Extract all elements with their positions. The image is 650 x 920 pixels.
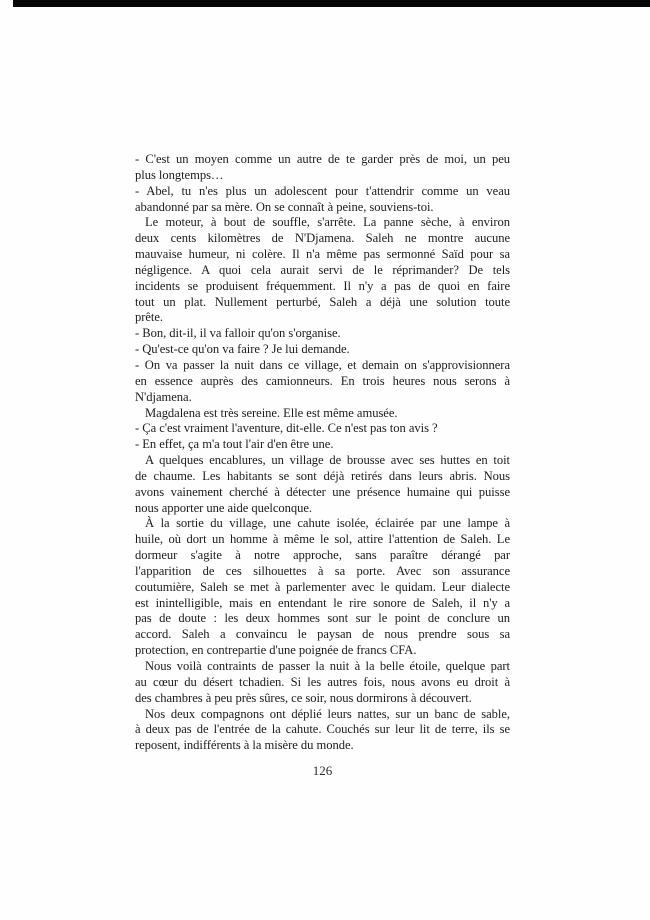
text-line: au cœur du désert tchadien. Si les autre…: [135, 675, 510, 691]
text-line: - Qu'est-ce qu'on va faire ? Je lui dema…: [135, 342, 510, 358]
paragraph: A quelques encablures, un village de bro…: [135, 453, 510, 516]
text-line: deux cents kilomètres de N'Djamena. Sale…: [135, 231, 510, 247]
paragraph: À la sortie du village, une cahute isolé…: [135, 516, 510, 659]
text-line: - Bon, dit-il, il va falloir qu'on s'org…: [135, 326, 510, 342]
text-line: de chaume. Les habitants se sont déjà re…: [135, 469, 510, 485]
text-line: tout un plat. Nullement perturbé, Saleh …: [135, 295, 510, 311]
text-line: en essence auprès des camionneurs. En tr…: [135, 374, 510, 390]
text-line: - Abel, tu n'es plus un adolescent pour …: [135, 184, 510, 200]
text-line: huile, où dort un homme à même le sol, a…: [135, 532, 510, 548]
text-line: N'djamena.: [135, 390, 510, 406]
text-line: accord. Saleh a convaincu le paysan de n…: [135, 627, 510, 643]
text-line: - Ça c'est vraiment l'aventure, dit-elle…: [135, 421, 510, 437]
paragraph: - Bon, dit-il, il va falloir qu'on s'org…: [135, 326, 510, 342]
page-number: 126: [135, 762, 510, 779]
text-line: incidents se produisent fréquemment. Il …: [135, 279, 510, 295]
paragraph: - On va passer la nuit dans ce village, …: [135, 358, 510, 406]
scan-artifact-bar: [13, 0, 650, 7]
text-line: Nos deux compagnons ont déplié leurs nat…: [135, 707, 510, 723]
paragraph: Nos deux compagnons ont déplié leurs nat…: [135, 707, 510, 755]
text-line: A quelques encablures, un village de bro…: [135, 453, 510, 469]
paragraph: - En effet, ça m'a tout l'air d'en être …: [135, 437, 510, 453]
text-line: avons vainement cherché à détecter une p…: [135, 485, 510, 501]
text-line: est inintelligible, mais en entendant le…: [135, 596, 510, 612]
text-line: À la sortie du village, une cahute isolé…: [135, 516, 510, 532]
text-block: - C'est un moyen comme un autre de te ga…: [135, 152, 510, 754]
paragraph: - Abel, tu n'es plus un adolescent pour …: [135, 184, 510, 216]
text-line: dormeur s'agite à notre approche, sans p…: [135, 548, 510, 564]
paragraph: - Ça c'est vraiment l'aventure, dit-elle…: [135, 421, 510, 437]
paragraph: - C'est un moyen comme un autre de te ga…: [135, 152, 510, 184]
paragraph: Nous voilà contraints de passer la nuit …: [135, 659, 510, 707]
book-page: - C'est un moyen comme un autre de te ga…: [0, 0, 650, 920]
text-line: Le moteur, à bout de souffle, s'arrête. …: [135, 215, 510, 231]
paragraph: Magdalena est très sereine. Elle est mêm…: [135, 406, 510, 422]
text-line: Nous voilà contraints de passer la nuit …: [135, 659, 510, 675]
paragraph: Le moteur, à bout de souffle, s'arrête. …: [135, 215, 510, 326]
text-line: prête.: [135, 310, 510, 326]
text-line: - En effet, ça m'a tout l'air d'en être …: [135, 437, 510, 453]
text-line: nous apporter une aide quelconque.: [135, 501, 510, 517]
text-line: coutumière, Saleh se met à parlementer a…: [135, 580, 510, 596]
text-line: mauvaise humeur, ni colère. Il n'a même …: [135, 247, 510, 263]
text-line: abandonné par sa mère. On se connaît à p…: [135, 200, 510, 216]
text-line: négligence. A quoi cela aurait servi de …: [135, 263, 510, 279]
text-line: des chambres à peu près sûres, ce soir, …: [135, 691, 510, 707]
text-line: pas de doute : les deux hommes sont sur …: [135, 611, 510, 627]
text-line: protection, en contrepartie d'une poigné…: [135, 643, 510, 659]
text-line: plus longtemps…: [135, 168, 510, 184]
text-line: - On va passer la nuit dans ce village, …: [135, 358, 510, 374]
text-line: Magdalena est très sereine. Elle est mêm…: [135, 406, 510, 422]
text-line: reposent, indifférents à la misère du mo…: [135, 738, 510, 754]
text-line: l'apparition de ces silhouettes à sa por…: [135, 564, 510, 580]
text-line: à deux pas de l'entrée de la cahute. Cou…: [135, 722, 510, 738]
paragraph: - Qu'est-ce qu'on va faire ? Je lui dema…: [135, 342, 510, 358]
text-line: - C'est un moyen comme un autre de te ga…: [135, 152, 510, 168]
